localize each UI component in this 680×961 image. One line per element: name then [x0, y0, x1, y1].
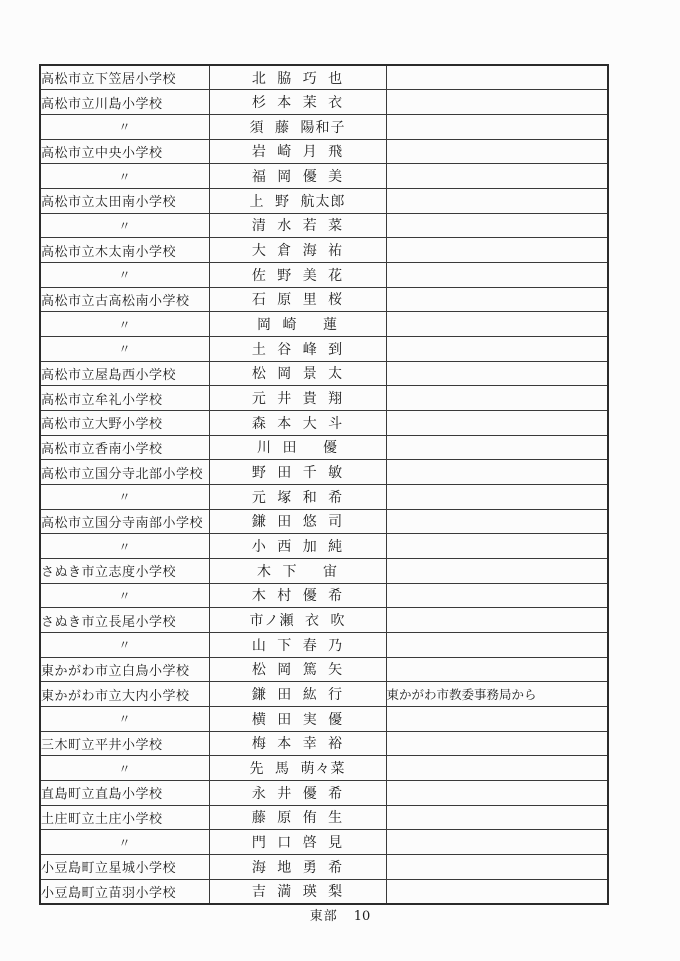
note-cell: [386, 780, 608, 805]
name-cell: 北 脇 巧 也: [209, 65, 386, 90]
note-cell: [386, 657, 608, 682]
name-cell: 木 下 宙: [209, 558, 386, 583]
name-cell: 川 田 優: [209, 435, 386, 460]
name-cell: 森 本 大 斗: [209, 410, 386, 435]
note-cell: [386, 460, 608, 485]
school-cell: 〃: [40, 583, 209, 608]
name-cell: 鎌 田 紘 行: [209, 682, 386, 707]
table-row: 高松市立国分寺北部小学校 野 田 千 敏: [40, 460, 608, 485]
note-cell: [386, 435, 608, 460]
name-cell: 福 岡 優 美: [209, 164, 386, 189]
note-cell: [386, 238, 608, 263]
name-cell: 藤 原 侑 生: [209, 805, 386, 830]
school-cell: 〃: [40, 164, 209, 189]
table-row: 〃 岡 崎 蓮: [40, 312, 608, 337]
table-row: 高松市立中央小学校 岩 崎 月 飛: [40, 139, 608, 164]
school-cell: 〃: [40, 534, 209, 559]
roster-table-body: 高松市立下笠居小学校 北 脇 巧 也 高松市立川島小学校 杉 本 茉 衣 〃 須…: [40, 65, 608, 904]
name-cell: 杉 本 茉 衣: [209, 90, 386, 115]
table-row: 直島町立直島小学校 永 井 優 希: [40, 780, 608, 805]
school-cell: 〃: [40, 706, 209, 731]
note-cell: [386, 756, 608, 781]
table-row: 〃 木 村 優 希: [40, 583, 608, 608]
table-row: 高松市立太田南小学校 上 野 航太郎: [40, 188, 608, 213]
school-cell: 〃: [40, 756, 209, 781]
school-cell: 東かがわ市立白鳥小学校: [40, 657, 209, 682]
school-cell: 高松市立古高松南小学校: [40, 287, 209, 312]
table-row: 小豆島町立苗羽小学校 吉 満 瑛 梨: [40, 879, 608, 904]
name-cell: 元 塚 和 希: [209, 484, 386, 509]
note-cell: [386, 213, 608, 238]
table-row: 東かがわ市立大内小学校 鎌 田 紘 行 東かがわ市教委事務局から: [40, 682, 608, 707]
school-cell: 東かがわ市立大内小学校: [40, 682, 209, 707]
school-cell: 高松市立香南小学校: [40, 435, 209, 460]
table-row: 高松市立国分寺南部小学校 鎌 田 悠 司: [40, 509, 608, 534]
table-row: 〃 横 田 実 優: [40, 706, 608, 731]
name-cell: 山 下 春 乃: [209, 632, 386, 657]
table-row: 高松市立木太南小学校 大 倉 海 祐: [40, 238, 608, 263]
name-cell: 海 地 勇 希: [209, 855, 386, 880]
name-cell: 先 馬 萌々菜: [209, 756, 386, 781]
note-cell: [386, 509, 608, 534]
table-row: 高松市立古高松南小学校 石 原 里 桜: [40, 287, 608, 312]
note-cell: [386, 90, 608, 115]
school-cell: 高松市立川島小学校: [40, 90, 209, 115]
table-row: さぬき市立長尾小学校 市ノ瀬 衣 吹: [40, 608, 608, 633]
table-row: 土庄町立土庄小学校 藤 原 侑 生: [40, 805, 608, 830]
name-cell: 市ノ瀬 衣 吹: [209, 608, 386, 633]
note-cell: [386, 164, 608, 189]
school-cell: 高松市立太田南小学校: [40, 188, 209, 213]
table-row: 高松市立屋島西小学校 松 岡 景 太: [40, 361, 608, 386]
note-cell: [386, 386, 608, 411]
school-cell: 土庄町立土庄小学校: [40, 805, 209, 830]
school-cell: 〃: [40, 484, 209, 509]
table-row: 東かがわ市立白鳥小学校 松 岡 篤 矢: [40, 657, 608, 682]
table-row: 三木町立平井小学校 梅 本 幸 裕: [40, 731, 608, 756]
name-cell: 須 藤 陽和子: [209, 114, 386, 139]
note-cell: [386, 361, 608, 386]
table-row: 〃 須 藤 陽和子: [40, 114, 608, 139]
school-cell: 三木町立平井小学校: [40, 731, 209, 756]
school-cell: 直島町立直島小学校: [40, 780, 209, 805]
name-cell: 吉 満 瑛 梨: [209, 879, 386, 904]
school-cell: 〃: [40, 336, 209, 361]
school-cell: 高松市立中央小学校: [40, 139, 209, 164]
name-cell: 永 井 優 希: [209, 780, 386, 805]
table-row: 〃 福 岡 優 美: [40, 164, 608, 189]
roster-table: 高松市立下笠居小学校 北 脇 巧 也 高松市立川島小学校 杉 本 茉 衣 〃 須…: [39, 64, 609, 905]
table-row: 〃 清 水 若 菜: [40, 213, 608, 238]
school-cell: 小豆島町立苗羽小学校: [40, 879, 209, 904]
school-cell: 〃: [40, 213, 209, 238]
table-row: 高松市立大野小学校 森 本 大 斗: [40, 410, 608, 435]
name-cell: 大 倉 海 祐: [209, 238, 386, 263]
name-cell: 清 水 若 菜: [209, 213, 386, 238]
table-row: 〃 佐 野 美 花: [40, 262, 608, 287]
note-cell: [386, 583, 608, 608]
document-page: 高松市立下笠居小学校 北 脇 巧 也 高松市立川島小学校 杉 本 茉 衣 〃 須…: [0, 0, 680, 961]
school-cell: 高松市立国分寺北部小学校: [40, 460, 209, 485]
note-cell: [386, 558, 608, 583]
name-cell: 木 村 優 希: [209, 583, 386, 608]
name-cell: 土 谷 峰 到: [209, 336, 386, 361]
table-row: さぬき市立志度小学校 木 下 宙: [40, 558, 608, 583]
note-cell: [386, 608, 608, 633]
table-row: 〃 山 下 春 乃: [40, 632, 608, 657]
school-cell: 高松市立木太南小学校: [40, 238, 209, 263]
school-cell: 高松市立牟礼小学校: [40, 386, 209, 411]
table-row: 小豆島町立星城小学校 海 地 勇 希: [40, 855, 608, 880]
table-row: 〃 元 塚 和 希: [40, 484, 608, 509]
name-cell: 横 田 実 優: [209, 706, 386, 731]
school-cell: 〃: [40, 262, 209, 287]
school-cell: 〃: [40, 312, 209, 337]
note-cell: [386, 855, 608, 880]
name-cell: 上 野 航太郎: [209, 188, 386, 213]
note-cell: [386, 830, 608, 855]
school-cell: 〃: [40, 114, 209, 139]
school-cell: 高松市立下笠居小学校: [40, 65, 209, 90]
note-cell: 東かがわ市教委事務局から: [386, 682, 608, 707]
table-row: 高松市立川島小学校 杉 本 茉 衣: [40, 90, 608, 115]
school-cell: 高松市立大野小学校: [40, 410, 209, 435]
table-row: 〃 土 谷 峰 到: [40, 336, 608, 361]
table-row: 〃 門 口 啓 見: [40, 830, 608, 855]
note-cell: [386, 114, 608, 139]
note-cell: [386, 484, 608, 509]
note-cell: [386, 706, 608, 731]
table-row: 高松市立香南小学校 川 田 優: [40, 435, 608, 460]
note-cell: [386, 139, 608, 164]
note-cell: [386, 336, 608, 361]
name-cell: 梅 本 幸 裕: [209, 731, 386, 756]
note-cell: [386, 632, 608, 657]
page-footer: 東部10: [0, 905, 680, 924]
name-cell: 鎌 田 悠 司: [209, 509, 386, 534]
table-row: 高松市立牟礼小学校 元 井 貴 翔: [40, 386, 608, 411]
school-cell: 〃: [40, 632, 209, 657]
note-cell: [386, 188, 608, 213]
name-cell: 野 田 千 敏: [209, 460, 386, 485]
note-cell: [386, 534, 608, 559]
footer-page-number: 10: [354, 909, 371, 924]
name-cell: 岩 崎 月 飛: [209, 139, 386, 164]
note-cell: [386, 287, 608, 312]
school-cell: 〃: [40, 830, 209, 855]
note-cell: [386, 731, 608, 756]
table-row: 高松市立下笠居小学校 北 脇 巧 也: [40, 65, 608, 90]
name-cell: 松 岡 景 太: [209, 361, 386, 386]
note-cell: [386, 262, 608, 287]
school-cell: 高松市立屋島西小学校: [40, 361, 209, 386]
name-cell: 岡 崎 蓮: [209, 312, 386, 337]
note-cell: [386, 410, 608, 435]
name-cell: 元 井 貴 翔: [209, 386, 386, 411]
note-cell: [386, 65, 608, 90]
name-cell: 佐 野 美 花: [209, 262, 386, 287]
note-cell: [386, 312, 608, 337]
name-cell: 松 岡 篤 矢: [209, 657, 386, 682]
name-cell: 石 原 里 桜: [209, 287, 386, 312]
table-row: 〃 先 馬 萌々菜: [40, 756, 608, 781]
footer-region-label: 東部: [310, 909, 338, 924]
name-cell: 門 口 啓 見: [209, 830, 386, 855]
school-cell: さぬき市立志度小学校: [40, 558, 209, 583]
name-cell: 小 西 加 純: [209, 534, 386, 559]
table-row: 〃 小 西 加 純: [40, 534, 608, 559]
note-cell: [386, 805, 608, 830]
school-cell: 高松市立国分寺南部小学校: [40, 509, 209, 534]
note-cell: [386, 879, 608, 904]
school-cell: さぬき市立長尾小学校: [40, 608, 209, 633]
school-cell: 小豆島町立星城小学校: [40, 855, 209, 880]
